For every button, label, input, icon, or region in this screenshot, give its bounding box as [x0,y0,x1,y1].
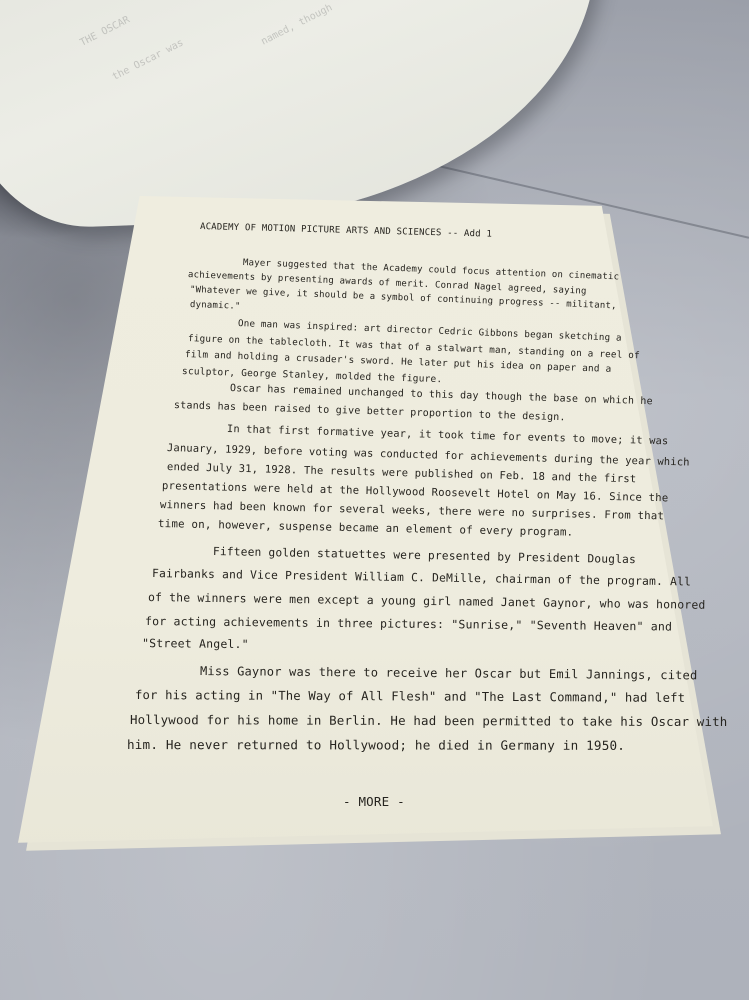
document-line: Fairbanks and Vice President William C. … [152,567,691,588]
document-line: for his acting in "The Way of All Flesh"… [135,688,685,705]
document-line: him. He never returned to Hollywood; he … [127,737,625,753]
document-line: dynamic." [190,300,241,312]
document-text: ACADEMY OF MOTION PICTURE ARTS AND SCIEN… [0,0,749,1000]
document-line: Miss Gaynor was there to receive her Osc… [200,664,698,682]
more-footer: - MORE - [343,794,405,809]
document-line: "Street Angel." [142,636,249,651]
document-line: Hollywood for his home in Berlin. He had… [130,712,728,729]
document-line: stands has been raised to give better pr… [174,400,566,423]
document-header: ACADEMY OF MOTION PICTURE ARTS AND SCIEN… [200,222,492,240]
document-line: Fifteen golden statuettes were presented… [213,545,636,566]
document-line: In that first formative year, it took ti… [227,423,669,447]
document-line: time on, however, suspense became an ele… [158,517,574,539]
document-line: sculptor, George Stanley, molded the fig… [182,366,443,385]
document-line: for acting achievements in three picture… [145,614,672,634]
document-line: of the winners were men except a young g… [148,590,706,612]
photo-scene: THE OSCAR the Oscar was named, though AC… [0,0,749,1000]
